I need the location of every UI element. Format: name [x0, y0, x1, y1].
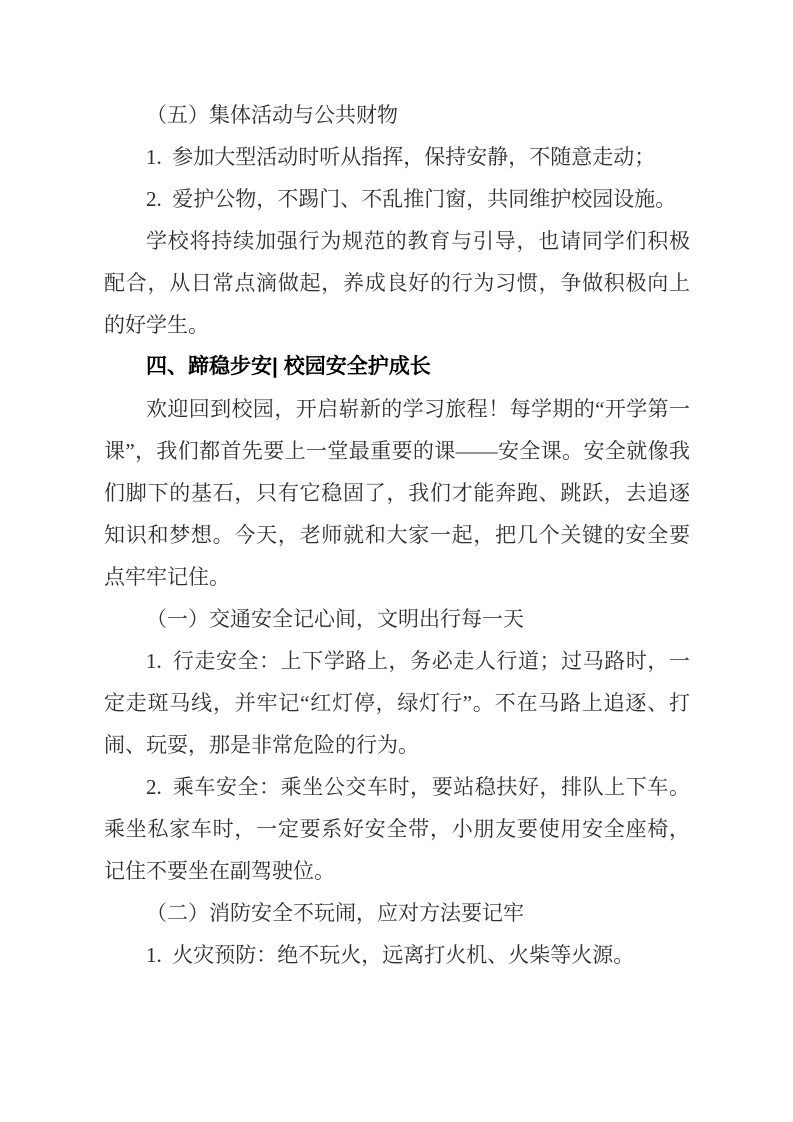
fire-safety-subheading: （二）消防安全不玩闹，应对方法要记牢: [104, 892, 690, 934]
chapter-4-intro-paragraph: 欢迎回到校园，开启崭新的学习旅程！每学期的“开学第一课”，我们都首先要上一堂最重…: [104, 388, 690, 598]
section-5-rule-1: 1. 参加大型活动时听从指挥，保持安静，不随意走动；: [104, 136, 690, 178]
document-text-block: （五）集体活动与公共财物 1. 参加大型活动时听从指挥，保持安静，不随意走动； …: [104, 94, 690, 976]
section-5-rule-2: 2. 爱护公物，不踢门、不乱推门窗，共同维护校园设施。: [104, 178, 690, 220]
traffic-safety-rule-1: 1. 行走安全：上下学路上，务必走人行道；过马路时，一定走斑马线，并牢记“红灯停…: [104, 640, 690, 766]
behavior-closing-paragraph: 学校将持续加强行为规范的教育与引导，也请同学们积极配合，从日常点滴做起，养成良好…: [104, 220, 690, 346]
section-5-subheading: （五）集体活动与公共财物: [104, 94, 690, 136]
traffic-safety-rule-2: 2. 乘车安全：乘坐公交车时，要站稳扶好，排队上下车。乘坐私家车时，一定要系好安…: [104, 766, 690, 892]
traffic-safety-subheading: （一）交通安全记心间，文明出行每一天: [104, 598, 690, 640]
fire-safety-rule-1: 1. 火灾预防：绝不玩火，远离打火机、火柴等火源。: [104, 934, 690, 976]
chapter-4-heading: 四、蹄稳步安| 校园安全护成长: [104, 346, 690, 388]
document-page: （五）集体活动与公共财物 1. 参加大型活动时听从指挥，保持安静，不随意走动； …: [0, 0, 793, 1122]
